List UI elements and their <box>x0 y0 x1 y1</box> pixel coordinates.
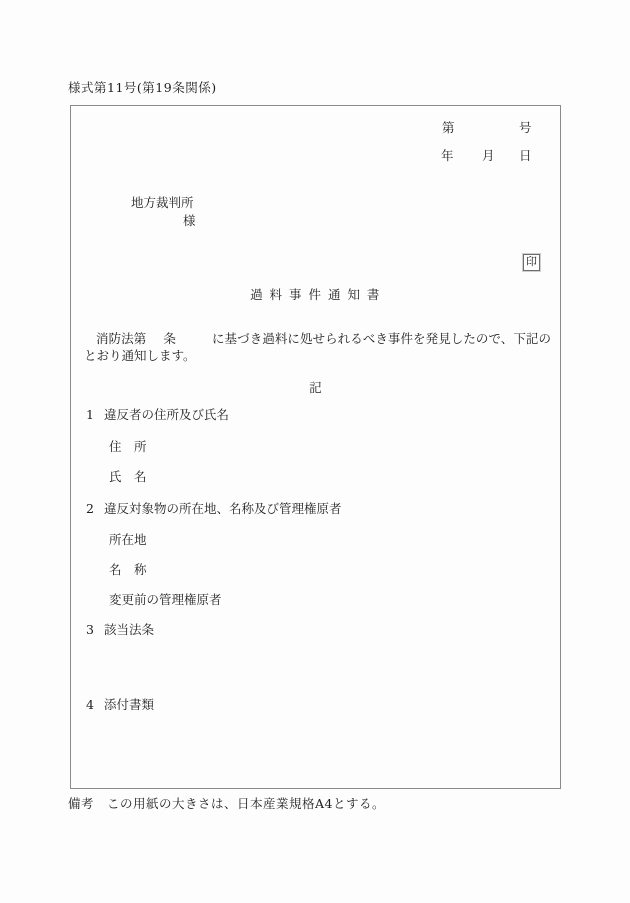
field-address-label: 住 所 <box>109 439 147 455</box>
item-3-number: 3 <box>86 622 104 638</box>
doc-number-prefix: 第 <box>442 120 455 136</box>
paper-size-note: 備考 この用紙の大きさは、日本産業規格A4とする。 <box>68 794 385 812</box>
notification-sentence: に基づき過料に処せられるべき事件を発見したので、下記のとおり通知します。 <box>84 331 551 363</box>
date-month-label: 月 <box>482 148 495 164</box>
article-unit: 条 <box>163 331 176 346</box>
item-2-number: 2 <box>86 501 104 517</box>
law-article-prefix: 消防法第 <box>96 331 146 346</box>
record-marker: 記 <box>71 380 560 396</box>
doc-number-suffix: 号 <box>519 120 532 136</box>
body-paragraph: 消防法第条に基づき過料に処せられるべき事件を発見したので、下記のとおり通知します… <box>84 330 551 364</box>
list-item-2: 2違反対象物の所在地、名称及び管理権原者 <box>86 501 342 517</box>
item-4-label: 添付書類 <box>104 697 154 712</box>
item-3-label: 該当法条 <box>104 622 154 637</box>
addressee-court-name: 地方裁判所 <box>131 195 194 211</box>
date-day-label: 日 <box>519 148 532 164</box>
item-1-label: 違反者の住所及び氏名 <box>104 407 229 422</box>
item-4-number: 4 <box>86 697 104 713</box>
document-page: 様式第11号(第19条関係) 第 号 年 月 日 地方裁判所 様 印 過 料 事… <box>0 0 630 903</box>
document-title: 過 料 事 件 通 知 書 <box>71 287 560 303</box>
seal-mark: 印 <box>523 254 540 271</box>
item-1-number: 1 <box>86 407 104 423</box>
item-2-label: 違反対象物の所在地、名称及び管理権原者 <box>104 501 342 516</box>
list-item-3: 3該当法条 <box>86 622 154 638</box>
addressee-honorific: 様 <box>183 213 196 229</box>
date-year-label: 年 <box>441 148 454 164</box>
field-location-label: 所在地 <box>109 532 147 548</box>
list-item-1: 1違反者の住所及び氏名 <box>86 407 229 423</box>
field-title-label: 名 称 <box>109 562 147 578</box>
field-previous-manager-label: 変更前の管理権原者 <box>109 592 222 608</box>
form-number-label: 様式第11号(第19条関係) <box>68 78 217 96</box>
document-frame: 第 号 年 月 日 地方裁判所 様 印 過 料 事 件 通 知 書 消防法第条に… <box>70 105 561 789</box>
field-name-label: 氏 名 <box>109 469 147 485</box>
list-item-4: 4添付書類 <box>86 697 154 713</box>
